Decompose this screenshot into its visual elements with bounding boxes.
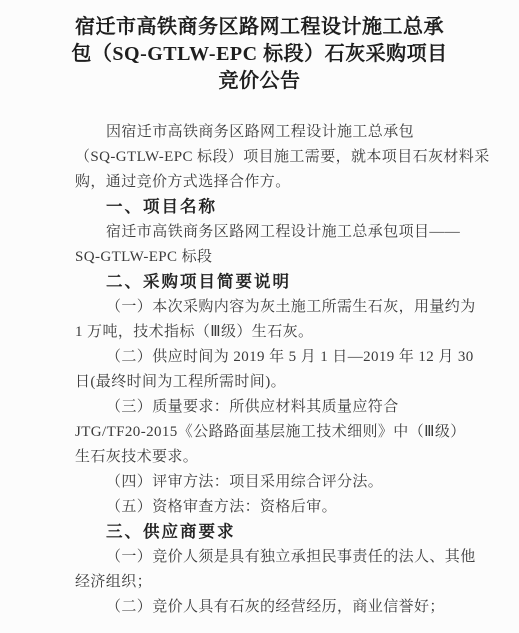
title-line-1: 宿迁市高铁商务区路网工程设计施工总承	[0, 14, 519, 41]
paragraph-line: （一）竞价人须是具有独立承担民事责任的法人、其他	[75, 545, 461, 570]
section-heading-2: 二、采购项目简要说明	[75, 270, 461, 295]
paragraph-line: 1 万吨，技术指标（Ⅲ级）生石灰。	[75, 320, 461, 345]
section-heading-3: 三、供应商要求	[75, 520, 461, 545]
paragraph-line: 生石灰技术要求。	[75, 445, 461, 470]
paragraph-line: （二）竞价人具有石灰的经营经历，商业信誉好；	[75, 595, 461, 620]
paragraph-line: 宿迁市高铁商务区路网工程设计施工总承包项目——	[75, 220, 461, 245]
paragraph-line: JTG/TF20-2015《公路路面基层施工技术细则》中（Ⅲ级）	[75, 420, 461, 445]
paragraph-line: 日(最终时间为工程所需时间)。	[75, 370, 461, 395]
paragraph-line: （五）资格审查方法：资格后审。	[75, 495, 461, 520]
title-line-2: 包（SQ-GTLW-EPC 标段）石灰采购项目	[0, 41, 519, 68]
section-heading-1: 一、项目名称	[75, 195, 461, 220]
document-title: 宿迁市高铁商务区路网工程设计施工总承 包（SQ-GTLW-EPC 标段）石灰采购…	[0, 0, 519, 95]
paragraph-line: 因宿迁市高铁商务区路网工程设计施工总承包	[75, 120, 461, 145]
paragraph-line: （SQ-GTLW-EPC 标段）项目施工需要，就本项目石灰材料采	[75, 145, 461, 170]
paragraph-line: （一）本次采购内容为灰土施工所需生石灰，用量约为	[75, 295, 461, 320]
paragraph-line: 经济组织；	[75, 570, 461, 595]
paragraph-line: 购，通过竞价方式选择合作方。	[75, 170, 461, 195]
paragraph-line: （三）质量要求：所供应材料其质量应符合	[75, 395, 461, 420]
paragraph-line: （二）供应时间为 2019 年 5 月 1 日—2019 年 12 月 30	[75, 345, 461, 370]
document-page: 宿迁市高铁商务区路网工程设计施工总承 包（SQ-GTLW-EPC 标段）石灰采购…	[0, 0, 519, 633]
paragraph-line: SQ-GTLW-EPC 标段	[75, 245, 461, 270]
document-body: 因宿迁市高铁商务区路网工程设计施工总承包 （SQ-GTLW-EPC 标段）项目施…	[0, 120, 519, 620]
paragraph-line: （四）评审方法：项目采用综合评分法。	[75, 470, 461, 495]
title-line-3: 竞价公告	[0, 68, 519, 95]
